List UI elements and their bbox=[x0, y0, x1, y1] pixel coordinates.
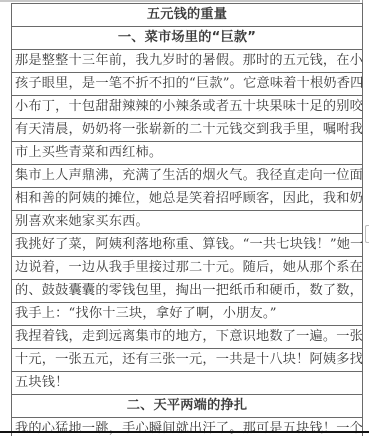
paragraph-line: 相和善的阿姨的摊位，她总是笑着招呼顾客，因此，我和奶奶特 bbox=[12, 188, 363, 211]
paragraph-line: 别喜欢来她家买东西。 bbox=[12, 211, 363, 234]
paragraph-line: 小布丁，十包甜甜辣辣的小辣条或者五十块果味十足的别咬我。 bbox=[12, 96, 363, 119]
paragraph-line: 我的心猛地一跳，手心瞬间就出汗了。那可是五块钱！一个 bbox=[12, 418, 363, 436]
paragraph-line: 的、鼓鼓囊囊的零钱包里，掏出一把纸币和硬币，数了数，递到 bbox=[12, 280, 363, 303]
paragraph-line: 我挑好了菜，阿姨利落地称重、算钱。“一共七块钱！”她一 bbox=[12, 234, 363, 257]
paragraph-line: 市上买些青菜和西红柿。 bbox=[12, 142, 363, 165]
paragraph-line: 有天清晨，奶奶将一张崭新的二十元钱交到我手里，嘱咐我去集 bbox=[12, 119, 363, 142]
paragraph-line: 我捏着钱，走到远离集市的地方，下意识地数了一遍。一张 bbox=[12, 326, 363, 349]
section-heading-2: 二、天平两端的挣扎 bbox=[12, 395, 363, 418]
paragraph-line: 那是整整十三年前，我九岁时的暑假。那时的五元钱，在小 bbox=[12, 50, 363, 73]
paragraph-line: 边说着，一边从我手里接过那二十元。随后，她从那个系在腰上 bbox=[12, 257, 363, 280]
document-table: 五元钱的重量 一、菜市场里的“巨款” 那是整整十三年前，我九岁时的暑假。那时的五… bbox=[11, 3, 363, 436]
page-top-edge bbox=[0, 0, 360, 2]
page-bottom-edge bbox=[0, 431, 369, 433]
paragraph-line: 孩子眼里，是一笔不折不扣的“巨款”。它意味着十根奶香四溢的 bbox=[12, 73, 363, 96]
document-title: 五元钱的重量 bbox=[12, 4, 363, 27]
section-heading-1: 一、菜市场里的“巨款” bbox=[12, 27, 363, 50]
scroll-handle[interactable] bbox=[365, 225, 369, 243]
paragraph-line: 集市上人声鼎沸，充满了生活的烟火气。我径直走向一位面 bbox=[12, 165, 363, 188]
paragraph-line: 我手上：“找你十三块，拿好了啊，小朋友。” bbox=[12, 303, 363, 326]
paragraph-line: 十元，一张五元，还有三张一元，一共是十八块！阿姨多找了我 bbox=[12, 349, 363, 372]
paragraph-line: 五块钱！ bbox=[12, 372, 363, 395]
